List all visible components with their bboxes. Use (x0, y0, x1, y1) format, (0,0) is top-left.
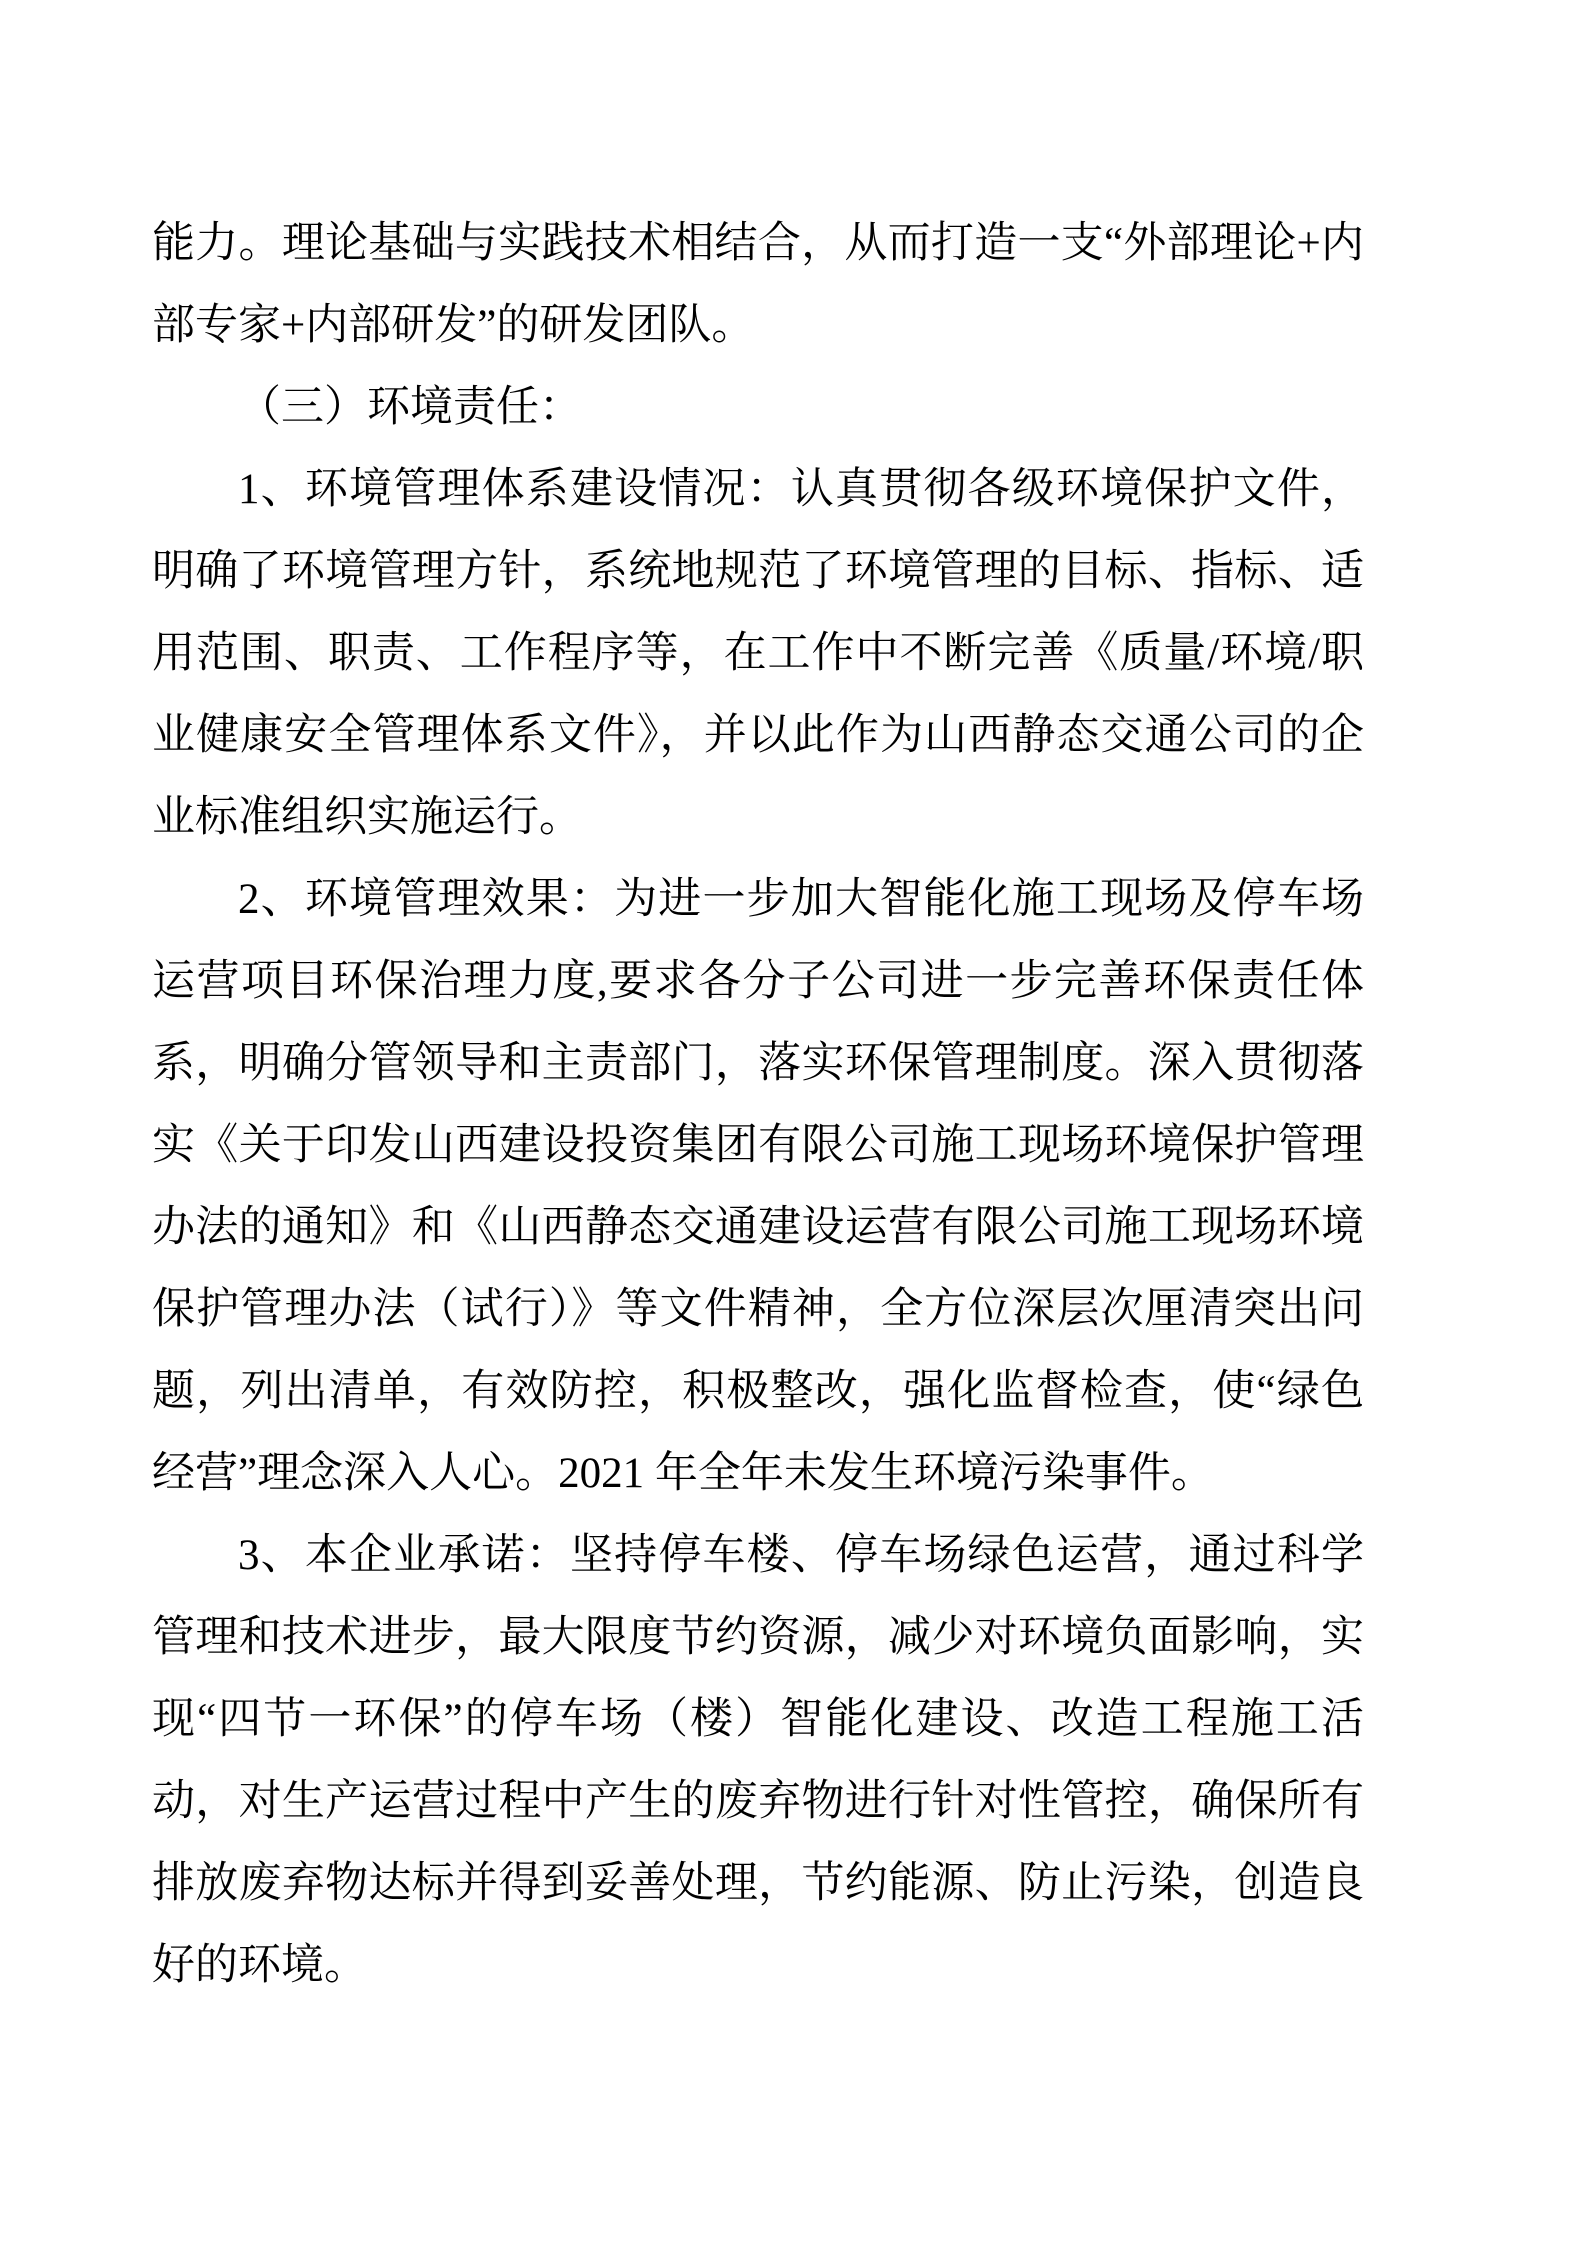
paragraph-item-2-environment-effect: 2、环境管理效果：为进一步加大智能化施工现场及停车场运营项目环保治理力度,要求各… (152, 859, 1364, 1515)
paragraph-continuation-rd-team: 能力。理论基础与实践技术相结合，从而打造一支“外部理论+内部专家+内部研发”的研… (152, 203, 1364, 367)
document-body: 能力。理论基础与实践技术相结合，从而打造一支“外部理论+内部专家+内部研发”的研… (152, 203, 1364, 2007)
paragraph-section-heading-environment: （三）环境责任： (152, 367, 1364, 449)
paragraph-item-1-environment-system: 1、环境管理体系建设情况：认真贯彻各级环境保护文件，明确了环境管理方针，系统地规… (152, 449, 1364, 859)
document-page: 能力。理论基础与实践技术相结合，从而打造一支“外部理论+内部专家+内部研发”的研… (0, 0, 1587, 2245)
paragraph-item-3-enterprise-commitment: 3、本企业承诺：坚持停车楼、停车场绿色运营，通过科学管理和技术进步，最大限度节约… (152, 1515, 1364, 2007)
